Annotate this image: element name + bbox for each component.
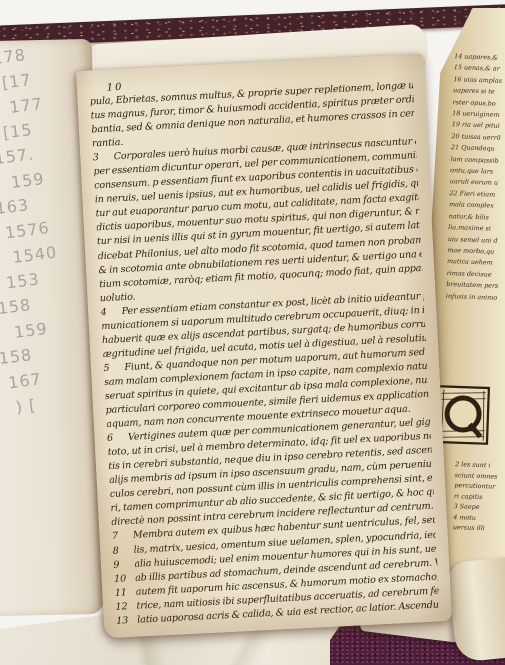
- section-number: 10: [114, 571, 136, 586]
- pencil-number: [17: [1, 68, 54, 91]
- section-number: 7: [112, 529, 134, 544]
- pencil-number: 159: [10, 168, 56, 190]
- pencil-number: 1576: [4, 218, 57, 241]
- facing-page-text: 14 uapores,&15 uenas,& ar16 uias amplasu…: [446, 51, 505, 304]
- section-number: 4: [100, 305, 122, 320]
- pencil-number: 163: [0, 193, 57, 217]
- pencil-number: 1540: [12, 243, 58, 265]
- pencil-number: 153: [5, 268, 58, 291]
- woodcut-initial: [436, 385, 490, 449]
- section-number: 11: [114, 585, 136, 600]
- pencil-number: 177: [8, 94, 54, 116]
- pencil-number: 157.: [0, 143, 56, 167]
- printed-text-block: pula, Ebrietas, somnus multus, & proprie…: [90, 79, 440, 628]
- section-number: 13: [116, 614, 138, 629]
- book-photo: 178[17177[15157.159163157615401531581591…: [0, 0, 505, 665]
- pencil-number: [15: [2, 118, 55, 141]
- pencil-number: 159: [13, 318, 59, 340]
- section-number: 6: [107, 431, 129, 446]
- section-number: 12: [115, 599, 137, 614]
- facing-text-fragment: infusis in animo: [446, 291, 498, 304]
- pencil-number: 158: [0, 293, 59, 317]
- section-number: 3: [92, 151, 114, 166]
- section-number: 5: [103, 361, 125, 376]
- pencil-marginalia: 178[17177[15157.159163157615401531581591…: [0, 46, 61, 414]
- pencil-number: 167: [7, 368, 60, 391]
- pencil-number: 158: [0, 343, 60, 367]
- section-number: 8: [112, 543, 134, 558]
- pencil-number: 178: [0, 43, 54, 67]
- facing-text-fragment: uersus illi: [453, 522, 503, 534]
- pencil-number: ) [: [15, 393, 61, 415]
- main-page: 10 pula, Ebrietas, somnus multus, & prop…: [76, 54, 452, 639]
- section-number: 9: [113, 557, 135, 572]
- facing-page-text-lower: 2 les sunt isciunt omnespercutionturri c…: [453, 459, 505, 534]
